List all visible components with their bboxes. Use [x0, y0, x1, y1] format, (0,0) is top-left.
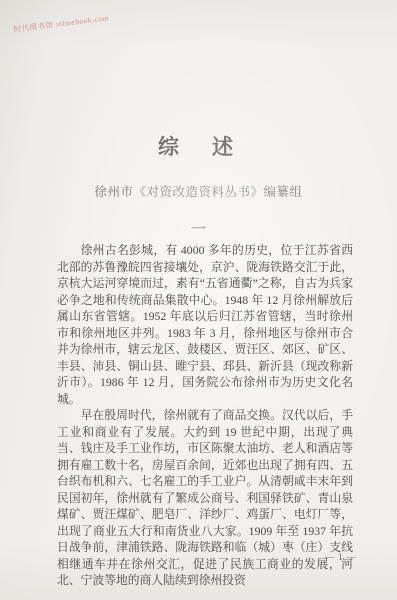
byline: 徐州市《对资改造资料丛书》编纂组 [0, 182, 397, 200]
section-marker: 一 [0, 218, 397, 239]
scanned-page: 时代图书馆 xtimebook.com 综 述 徐州市《对资改造资料丛书》编纂组… [0, 0, 397, 600]
paragraph-1: 徐州古名彭城，有 4000 多年的历史，位于江苏省西北部的苏鲁豫皖四省接壤处，京… [57, 242, 353, 407]
page-number: — 1 — [325, 552, 357, 562]
body-text: 徐州古名彭城，有 4000 多年的历史，位于江苏省西北部的苏鲁豫皖四省接壤处，京… [57, 242, 353, 589]
paragraph-2: 早在殷周时代，徐州就有了商品交换。汉代以后，手工业和商业有了发展。大约到 19 … [57, 407, 353, 589]
